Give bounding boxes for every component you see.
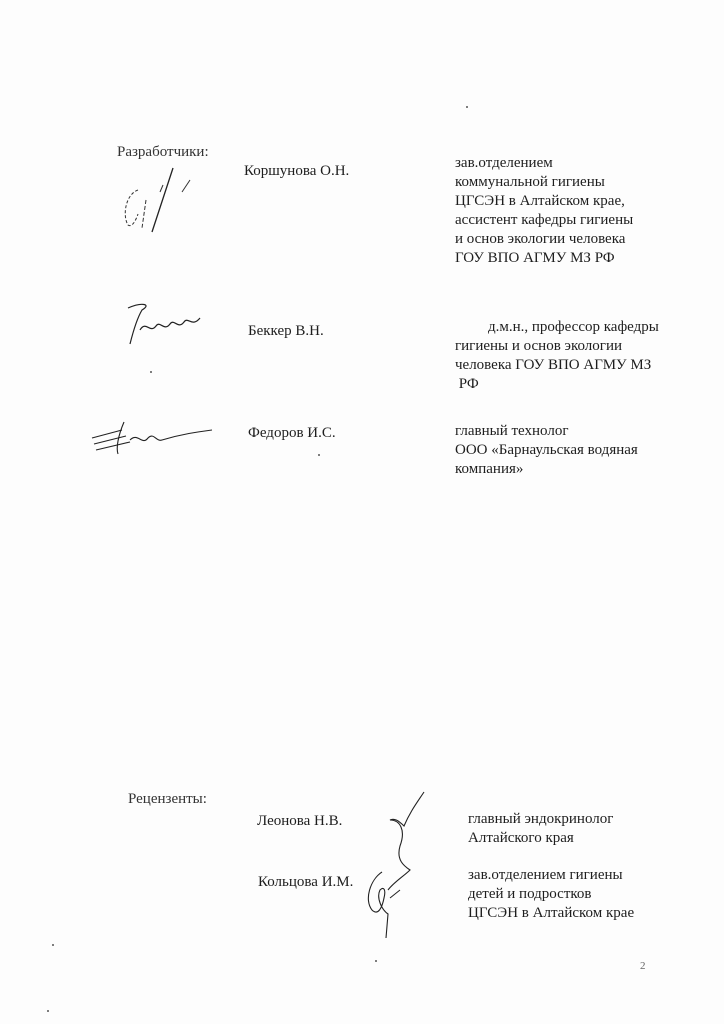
reviewers-heading: Рецензенты: [128,790,207,809]
scan-speck [52,944,54,946]
position-line: ГОУ ВПО АГМУ МЗ РФ [455,249,633,268]
scan-speck [375,960,377,962]
developer-position: зав.отделением коммунальной гигиены ЦГСЭ… [455,154,633,268]
position-line: РФ [455,375,659,394]
position-line: гигиены и основ экологии [455,337,659,356]
developer-name: Федоров И.С. [248,424,336,443]
reviewer-name: Кольцова И.М. [258,873,353,892]
position-line: ассистент кафедры гигиены [455,211,633,230]
signature-reviewers [360,790,440,945]
scan-speck [150,371,152,373]
scan-speck [47,1010,49,1012]
position-line: человека ГОУ ВПО АГМУ МЗ [455,356,659,375]
position-line: зав.отделением гигиены [468,866,634,885]
position-line: Алтайского края [468,829,613,848]
developer-name: Беккер В.Н. [248,322,324,341]
reviewer-position: зав.отделением гигиены детей и подростко… [468,866,634,923]
position-line: ООО «Барнаульская водяная [455,441,638,460]
signature-fedorov [82,410,222,465]
position-line: главный эндокринолог [468,810,613,829]
developer-position: главный технолог ООО «Барнаульская водян… [455,422,638,479]
position-line: ЦГСЭН в Алтайском крае, [455,192,633,211]
position-line: ЦГСЭН в Алтайском крае [468,904,634,923]
reviewer-name: Леонова Н.В. [257,812,342,831]
page-number: 2 [640,960,646,972]
signature-bekker [122,300,212,355]
scan-speck [466,106,468,108]
position-line: главный технолог [455,422,638,441]
developer-name: Коршунова О.Н. [244,162,349,181]
position-line: зав.отделением [455,154,633,173]
signature-korshunova [118,160,208,245]
position-line: компания» [455,460,638,479]
position-line: д.м.н., профессор кафедры [455,318,659,337]
reviewer-position: главный эндокринолог Алтайского края [468,810,613,848]
scan-speck [318,454,320,456]
position-line: коммунальной гигиены [455,173,633,192]
developer-position: д.м.н., профессор кафедры гигиены и осно… [455,318,659,394]
position-line: и основ экологии человека [455,230,633,249]
position-line: детей и подростков [468,885,634,904]
